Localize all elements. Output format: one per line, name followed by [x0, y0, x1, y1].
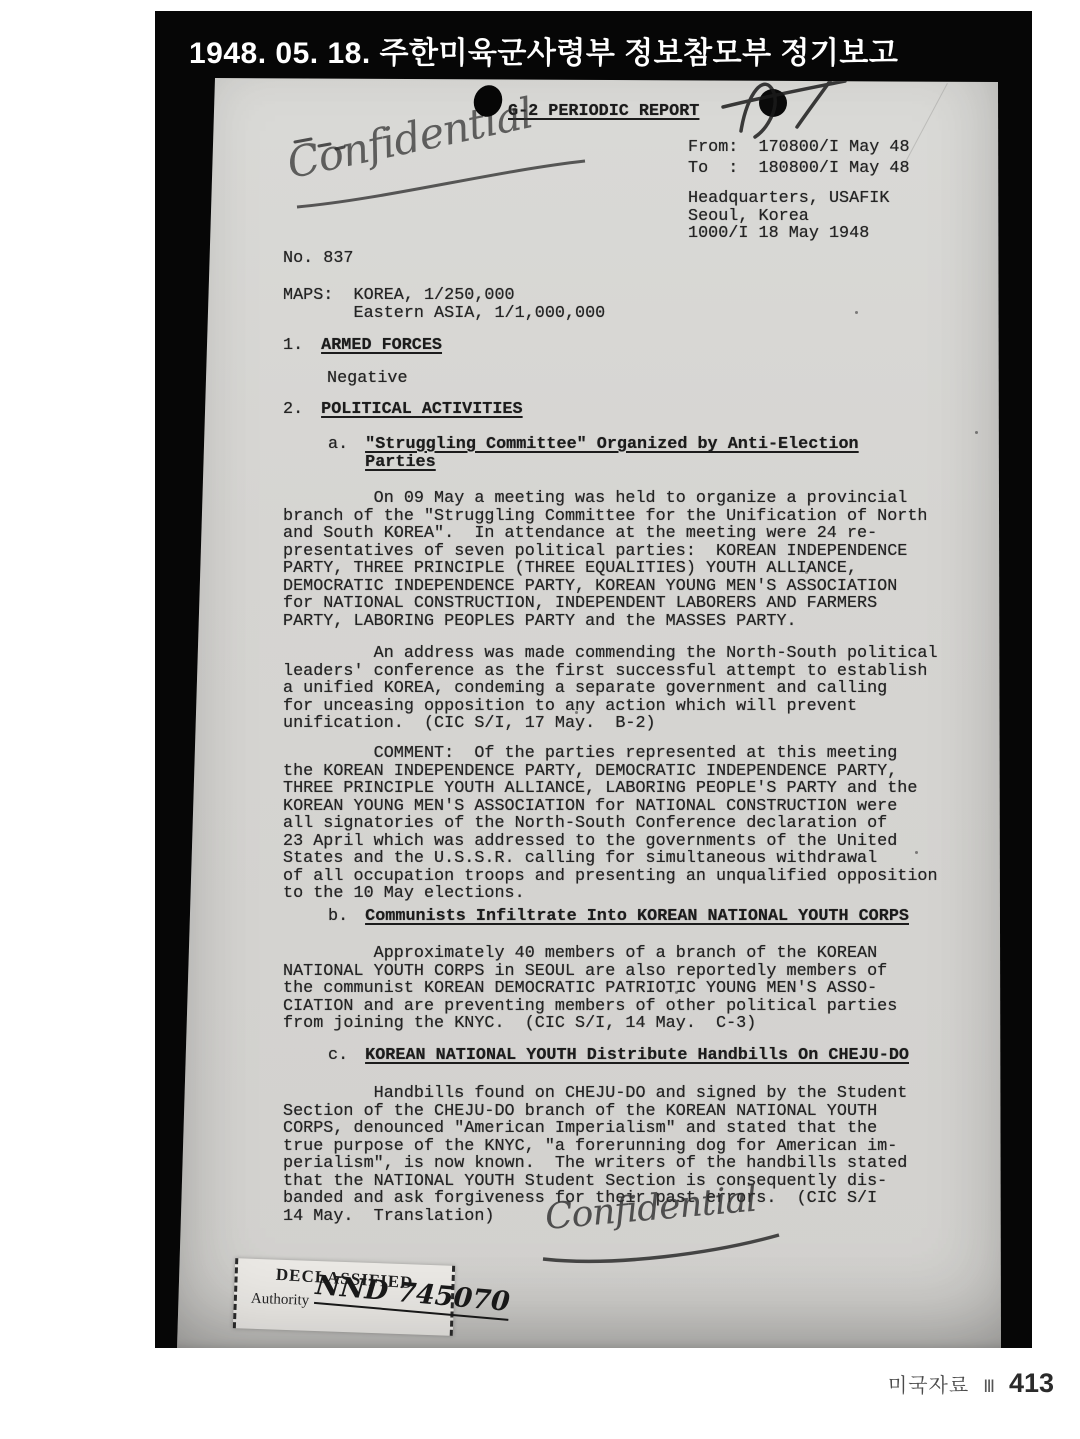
paper-speck — [575, 711, 578, 714]
section-title: ARMED FORCES — [321, 337, 442, 355]
hole-punch-mark — [759, 89, 787, 117]
footer-volume-numeral: Ⅲ — [983, 1377, 995, 1397]
paper-speck — [395, 531, 398, 534]
paper-speck — [975, 431, 978, 434]
paragraph-comment: COMMENT: Of the parties represented at t… — [283, 745, 938, 903]
pen-flourish-icon — [543, 1235, 779, 1261]
subsection-b-heading: b. Communists Infiltrate Into KOREAN NAT… — [328, 908, 909, 926]
paper-sheet: G-2 PERIODIC REPORT From: 170800/I May 4… — [155, 11, 1032, 1348]
report-title: G-2 PERIODIC REPORT — [508, 103, 699, 121]
stamp-authority-number: NND 745070 — [314, 1270, 511, 1321]
handwritten-confidential-top: Confidential — [283, 88, 537, 188]
report-maps: MAPS: KOREA, 1/250,000 Eastern ASIA, 1/1… — [283, 287, 605, 322]
paper-speck — [915, 851, 918, 854]
paper-speck — [455, 1091, 458, 1094]
paper-speck — [805, 571, 808, 574]
subsection-letter: c. — [328, 1047, 348, 1065]
page: 1948. 05. 18. 주한미육군사령부 정보참모부 정기보고 G-2 PE… — [0, 0, 1080, 1439]
subsection-title: KOREAN NATIONAL YOUTH Distribute Handbil… — [365, 1047, 909, 1065]
section-title: POLITICAL ACTIVITIES — [321, 401, 522, 419]
declassified-stamp: DECLASSIFIED Authority NND 745070 — [233, 1258, 455, 1336]
section-armed-forces-heading: 1. ARMED FORCES — [283, 337, 442, 355]
section-number: 1. — [283, 337, 303, 355]
stamp-authority-label: Authority — [251, 1291, 310, 1310]
section-number: 2. — [283, 401, 303, 419]
document-scan: 1948. 05. 18. 주한미육군사령부 정보참모부 정기보고 G-2 PE… — [155, 11, 1032, 1348]
header-title: 1948. 05. 18. 주한미육군사령부 정보참모부 정기보고 — [189, 28, 898, 72]
section-armed-forces-body: Negative — [327, 370, 408, 388]
footer-source-label: 미국자료 — [888, 1369, 969, 1398]
section-political-heading: 2. POLITICAL ACTIVITIES — [283, 401, 523, 419]
paper-speck — [855, 311, 858, 314]
paragraph: Approximately 40 members of a branch of … — [283, 945, 897, 1033]
footer-page-number: 413 — [1009, 1368, 1054, 1399]
paragraph: On 09 May a meeting was held to organize… — [283, 490, 928, 630]
subsection-title: "Struggling Committee" Organized by Anti… — [365, 436, 858, 471]
subsection-c-heading: c. KOREAN NATIONAL YOUTH Distribute Hand… — [328, 1047, 909, 1065]
report-number: No. 837 — [283, 250, 354, 268]
report-period: From: 170800/I May 48 To : 180800/I May … — [688, 137, 910, 179]
subsection-letter: a. — [328, 436, 348, 454]
report-issuer: Headquarters, USAFIK Seoul, Korea 1000/I… — [688, 190, 889, 243]
subsection-title: Communists Infiltrate Into KOREAN NATION… — [365, 908, 909, 926]
pen-scribble-icon — [723, 77, 845, 137]
page-footer: 미국자료 Ⅲ 413 — [888, 1368, 1054, 1399]
paper-crease — [900, 83, 948, 172]
paper-speck — [675, 991, 678, 994]
subsection-a-heading: a. "Struggling Committee" Organized by A… — [328, 436, 859, 471]
subsection-letter: b. — [328, 908, 348, 926]
paragraph: An address was made commending the North… — [283, 645, 938, 733]
